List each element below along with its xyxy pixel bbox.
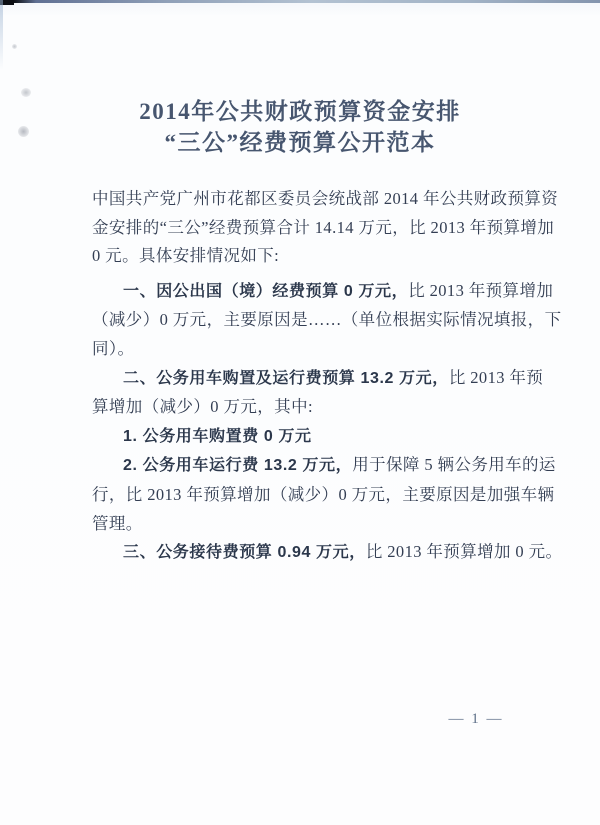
text-line: 管理。 bbox=[92, 510, 526, 539]
text-run-bold: 1. 公务用车购置费 0 万元 bbox=[123, 428, 312, 445]
paragraph: 2. 公务用车运行费 13.2 万元，用于保障 5 辆公务用车的运行，比 201… bbox=[92, 451, 526, 538]
paragraph: 1. 公务用车购置费 0 万元 bbox=[92, 422, 526, 452]
text-line: 1. 公务用车购置费 0 万元 bbox=[92, 422, 526, 452]
text-line: 2. 公务用车运行费 13.2 万元，用于保障 5 辆公务用车的运 bbox=[92, 451, 526, 481]
text-line: （减少）0 万元，主要原因是……（单位根据实际情况填报，下 bbox=[92, 306, 526, 335]
text-line: 同）。 bbox=[92, 335, 526, 364]
text-run: 用于保障 5 辆公务用车的运 bbox=[352, 455, 556, 474]
text-run: 比 2013 年预算增加 bbox=[408, 281, 553, 300]
text-run: 算增加（减少）0 万元，其中: bbox=[92, 397, 313, 416]
text-run: 行，比 2013 年预算增加（减少）0 万元，主要原因是加强车辆 bbox=[92, 485, 554, 504]
paragraph: 一、因公出国（境）经费预算 0 万元，比 2013 年预算增加（减少）0 万元，… bbox=[92, 277, 526, 364]
text-run: 比 2013 年预算增加 0 元。 bbox=[366, 542, 563, 561]
text-line: 行，比 2013 年预算增加（减少）0 万元，主要原因是加强车辆 bbox=[92, 481, 526, 510]
text-line: 金安排的“三公”经费预算合计 14.14 万元，比 2013 年预算增加 bbox=[92, 214, 526, 243]
document-body: 中国共产党广州市花都区委员会统战部 2014 年公共财政预算资金安排的“三公”经… bbox=[92, 185, 526, 568]
paragraph: 中国共产党广州市花都区委员会统战部 2014 年公共财政预算资金安排的“三公”经… bbox=[92, 185, 526, 271]
text-line: 0 元。具体安排情况如下: bbox=[92, 242, 526, 271]
document-title-line-2: “三公”经费预算公开范本 bbox=[0, 127, 600, 158]
document-page: 2014年公共财政预算资金安排 “三公”经费预算公开范本 中国共产党广州市花都区… bbox=[0, 0, 600, 825]
text-run-bold: 二、公务用车购置及运行费预算 13.2 万元， bbox=[123, 370, 449, 387]
text-run: 中国共产党广州市花都区委员会统战部 2014 年公共财政预算资 bbox=[92, 189, 558, 208]
text-line: 算增加（减少）0 万元，其中: bbox=[92, 393, 526, 422]
text-run: 金安排的“三公”经费预算合计 14.14 万元，比 2013 年预算增加 bbox=[92, 218, 554, 237]
text-run: 比 2013 年预 bbox=[449, 368, 543, 387]
text-line: 三、公务接待费预算 0.94 万元，比 2013 年预算增加 0 元。 bbox=[92, 538, 526, 568]
text-line: 二、公务用车购置及运行费预算 13.2 万元，比 2013 年预 bbox=[92, 364, 526, 394]
text-run: 同）。 bbox=[92, 339, 134, 358]
paragraph: 三、公务接待费预算 0.94 万元，比 2013 年预算增加 0 元。 bbox=[92, 538, 526, 568]
text-run: （减少）0 万元，主要原因是……（单位根据实际情况填报，下 bbox=[92, 310, 561, 329]
text-run-bold: 一、因公出国（境）经费预算 0 万元， bbox=[123, 283, 408, 300]
text-run-bold: 2. 公务用车运行费 13.2 万元， bbox=[123, 457, 352, 474]
scan-smudge bbox=[12, 44, 17, 49]
text-line: 中国共产党广州市花都区委员会统战部 2014 年公共财政预算资 bbox=[92, 185, 526, 214]
text-run: 管理。 bbox=[92, 514, 143, 533]
document-title-line-1: 2014年公共财政预算资金安排 bbox=[0, 96, 600, 127]
scan-edge-artifact bbox=[0, 0, 600, 3]
text-line: 一、因公出国（境）经费预算 0 万元，比 2013 年预算增加 bbox=[92, 277, 526, 307]
text-run-bold: 三、公务接待费预算 0.94 万元， bbox=[123, 544, 366, 561]
document-title: 2014年公共财政预算资金安排 “三公”经费预算公开范本 bbox=[0, 96, 600, 158]
paragraph: 二、公务用车购置及运行费预算 13.2 万元，比 2013 年预算增加（减少）0… bbox=[92, 364, 526, 422]
text-run: 0 元。具体安排情况如下: bbox=[92, 246, 279, 265]
scan-left-edge-tint bbox=[0, 0, 3, 70]
page-number: — 1 — bbox=[436, 711, 516, 728]
